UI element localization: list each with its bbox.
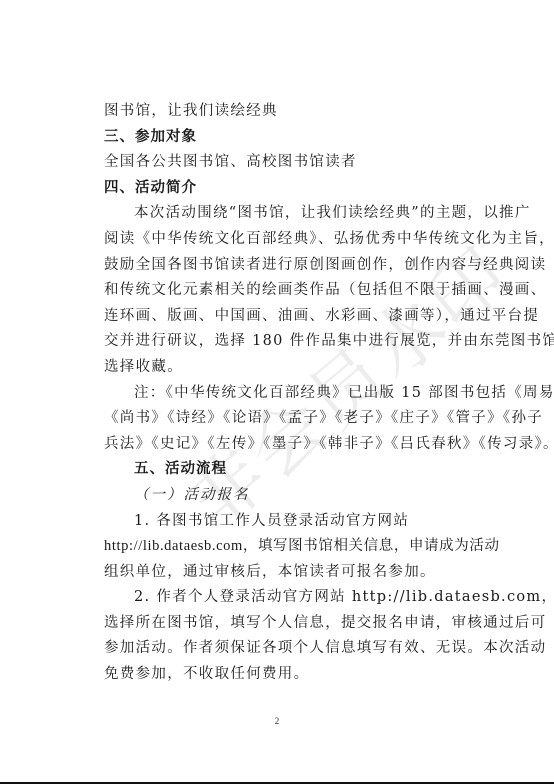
body-line-intro-3: 鼓励全国各图书馆读者进行原创图画创作，创作内容与经典阅读 [104,253,485,279]
section-heading-participants: 三、参加对象 [104,125,485,151]
body-line-step2-2: 选择所在图书馆，填写个人信息，提交报名申请，审核通过后可 [104,611,485,637]
body-line-participants: 全国各公共图书馆、高校图书馆读者 [104,150,485,176]
body-line-note-3: 兵法》《史记》《左传》《墨子》《韩非子》《吕氏春秋》《传习录》。 [104,432,485,458]
body-line-intro-2: 阅读《中华传统文化百部经典》、弘扬优秀中华传统文化为主旨， [104,227,485,253]
body-line-intro-5: 连环画、版画、中国画、油画、水彩画、漆画等），通过平台提 [104,304,485,330]
body-line-step1-3: 组织单位，通过审核后，本馆读者可报名参加。 [104,560,485,586]
body-line-intro-4: 和传统文化元素相关的绘画类作品（包括但不限于插画、漫画、 [104,278,485,304]
body-line-step1-1: 1. 各图书馆工作人员登录活动官方网站 [104,509,485,535]
document-body: 图书馆，让我们读绘经典 三、参加对象 全国各公共图书馆、高校图书馆读者 四、活动… [104,99,485,688]
body-line-note-2: 《尚书》《诗经》《论语》《孟子》《老子》《庄子》《管子》《孙子 [104,406,485,432]
body-line-intro-6: 交并进行研议，选择 180 件作品集中进行展览，并由东莞图书馆 [104,329,485,355]
subsection-heading-registration: （一）活动报名 [104,483,485,509]
document-page: 图书馆，让我们读绘经典 三、参加对象 全国各公共图书馆、高校图书馆读者 四、活动… [0,0,554,782]
body-line-note-1: 注：《中华传统文化百部经典》已出版 15 部图书包括《周易》 [104,381,485,407]
body-line-intro-7: 选择收藏。 [104,355,485,381]
body-line-step2-1: 2. 作者个人登录活动官方网站 http://lib.dataesb.com， [104,585,485,611]
body-line-intro-1: 本次活动围绕“图书馆，让我们读绘经典”的主题，以推广 [104,201,485,227]
section-heading-activity-intro: 四、活动简介 [104,176,485,202]
body-line-step2-3: 参加活动。作者须保证各项个人信息填写有效、无误。本次活动 [104,636,485,662]
page-number: 2 [0,716,554,726]
body-line-theme-continuation: 图书馆，让我们读绘经典 [104,99,485,125]
body-line-step2-4: 免费参加，不收取任何费用。 [104,662,485,688]
section-heading-process: 五、活动流程 [104,457,485,483]
body-line-step1-2: http://lib.dataesb.com，填写图书馆相关信息，申请成为活动 [104,534,485,560]
